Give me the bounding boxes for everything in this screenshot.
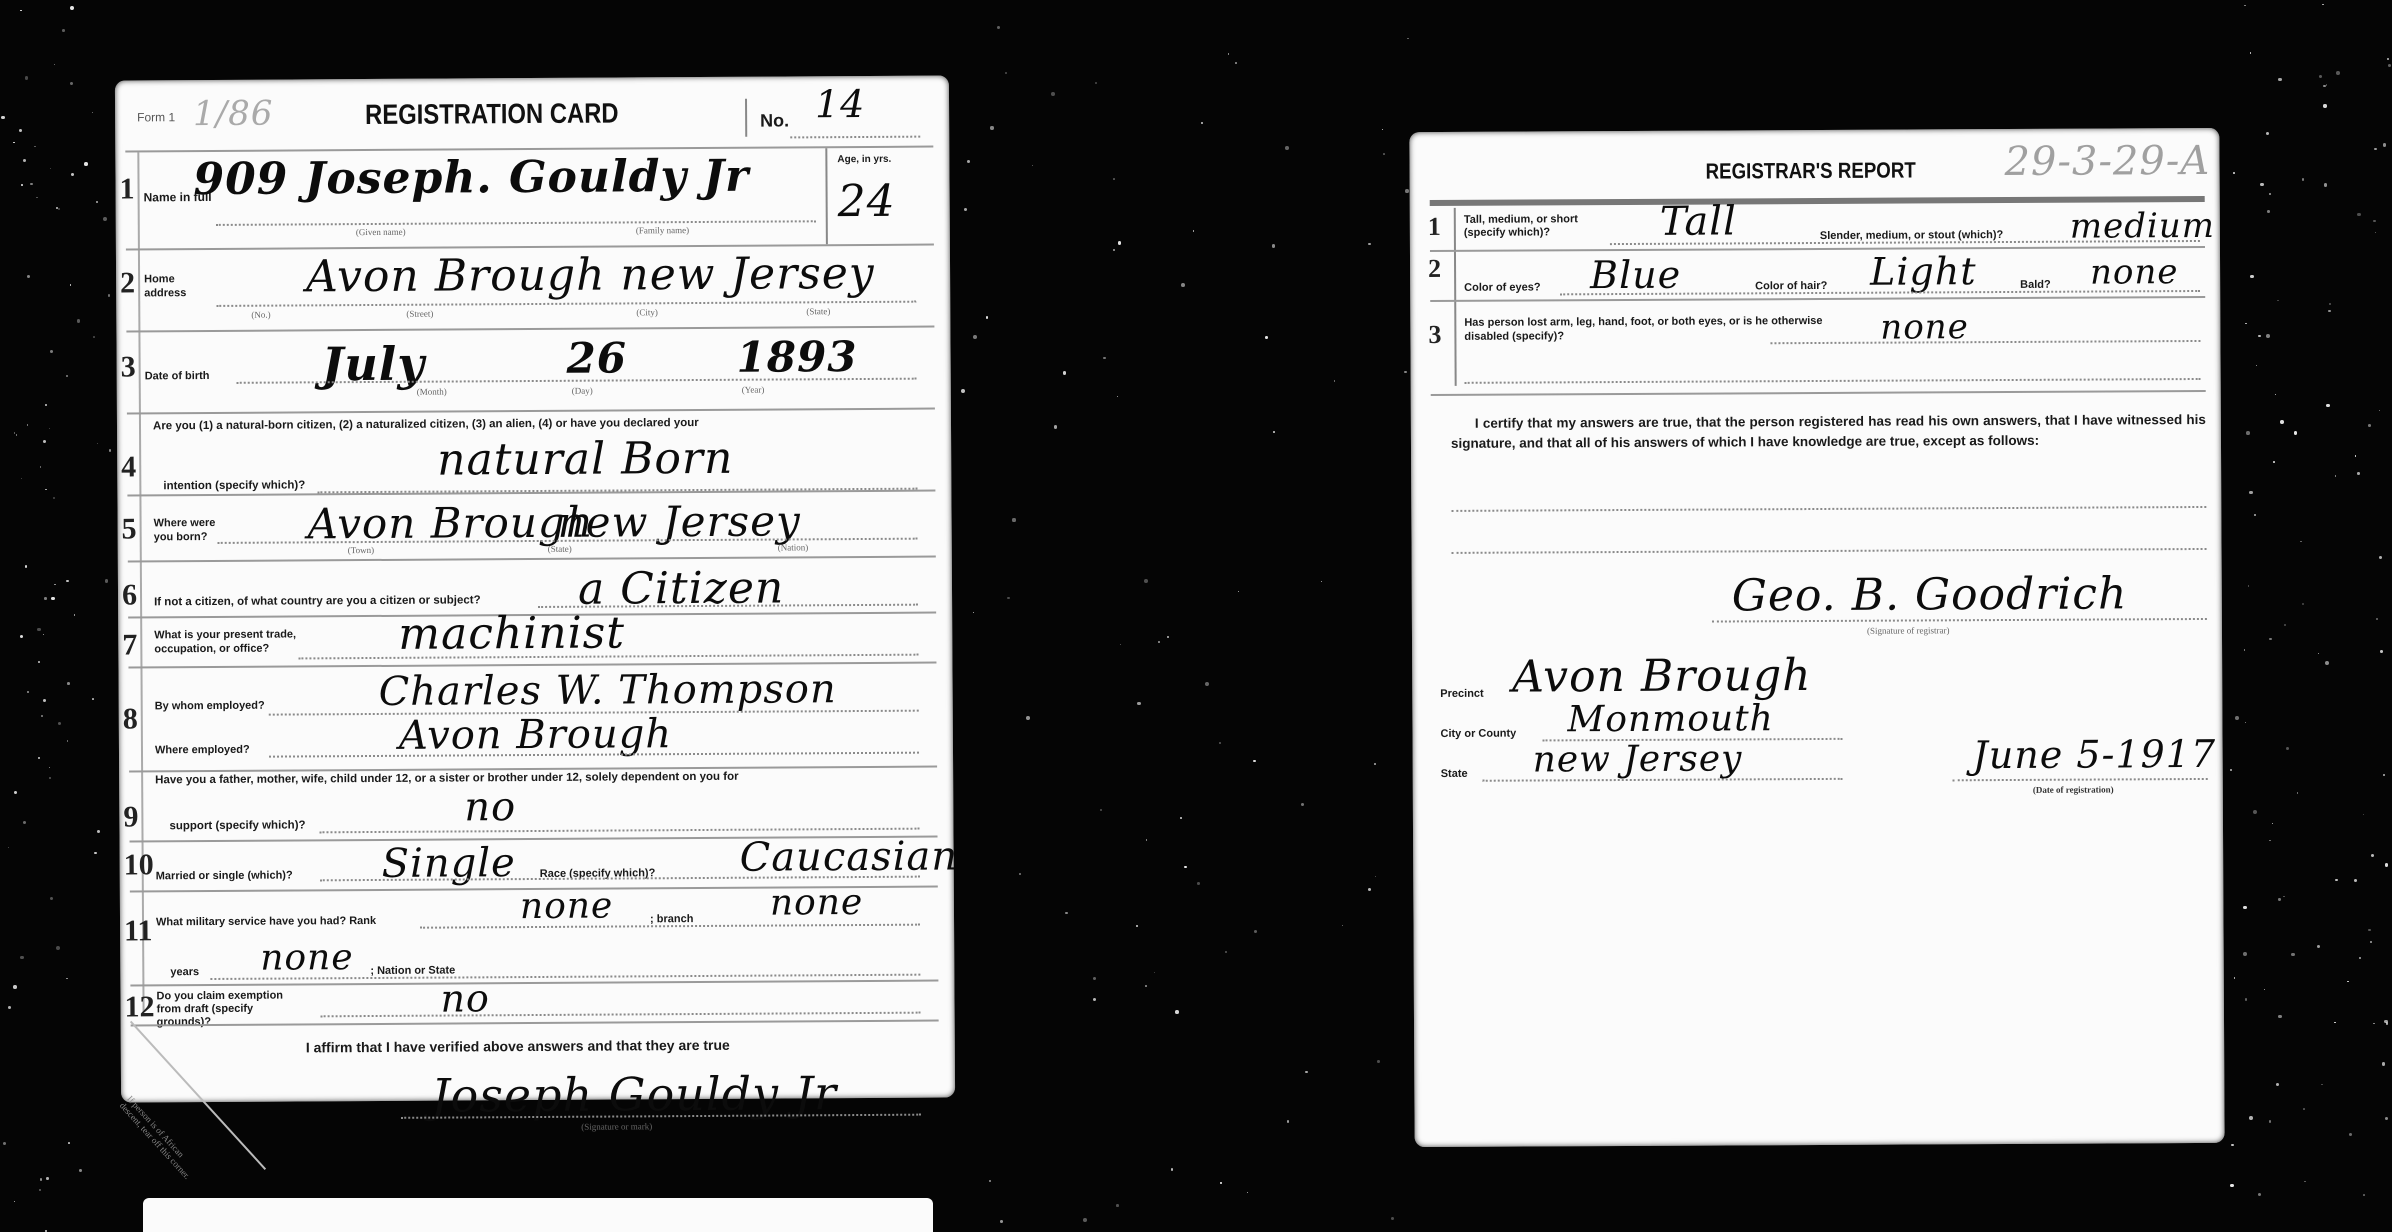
report-title: REGISTRAR'S REPORT [1705, 157, 1915, 184]
race-value: Caucasian [740, 833, 959, 880]
dob-label: Date of birth [145, 370, 210, 382]
eye-color-value: Blue [1590, 253, 1681, 297]
sub-label: (Month) [417, 387, 447, 397]
sub-label: (Family name) [636, 225, 689, 235]
dob-year: 1893 [736, 332, 857, 382]
marital-status-label: Married or single (which)? [156, 869, 293, 882]
sub-label: (Street) [406, 309, 433, 319]
next-card-edge [143, 1198, 933, 1232]
age-value: 24 [837, 176, 895, 227]
employer-label: By whom employed? [155, 700, 265, 713]
bald-label: Bald? [2020, 279, 2051, 291]
citizenship-country-label: If not a citizen, of what country are yo… [154, 594, 481, 608]
row-number: 2 [120, 266, 135, 300]
sub-label: (Nation) [778, 542, 809, 552]
row-number: 6 [122, 578, 137, 612]
employer-value: Charles W. Thompson [378, 666, 836, 715]
military-rank-value: none [520, 886, 614, 928]
military-years-label: years [170, 966, 199, 978]
military-branch-value: none [770, 882, 864, 924]
age-label: Age, in yrs. [837, 154, 891, 165]
address-label: Home address [144, 272, 204, 300]
row-number: 11 [124, 914, 153, 948]
citizenship-value: natural Born [437, 433, 733, 486]
hair-color-label: Color of hair? [1755, 280, 1827, 292]
sub-label: (City) [636, 307, 658, 317]
certification-text: I certify that my answers are true, that… [1451, 410, 2206, 454]
corner-note: If person is of African descent, tear of… [118, 1094, 207, 1189]
registrar-report-card: REGISTRAR'S REPORT 29-3-29-A 1 Tall, med… [1409, 128, 2224, 1147]
dob-day: 26 [566, 333, 627, 382]
birthplace-label: Where were you born? [154, 516, 224, 544]
row-number: 10 [124, 848, 154, 882]
row-number: 1 [119, 172, 134, 206]
state-value: new Jersey [1533, 738, 1743, 780]
occupation-label: What is your present trade, occupation, … [154, 627, 304, 656]
sub-label: (State) [548, 544, 572, 554]
registrar-signature-label: (Signature of registrar) [1867, 625, 1950, 635]
form-number-handwritten: 1/86 [193, 94, 274, 134]
report-code: 29-3-29-A [2004, 138, 2210, 185]
eye-color-label: Color of eyes? [1464, 281, 1540, 293]
employment-location-value: Avon Brough [399, 711, 672, 759]
citizenship-question: Are you (1) a natural-born citizen, (2) … [153, 417, 699, 432]
address-value: Avon Brough new Jersey [306, 248, 875, 302]
sub-label: (Year) [742, 385, 765, 395]
precinct-value: Avon Brough [1512, 650, 1812, 703]
registrar-signature: Geo. B. Goodrich [1732, 568, 2128, 621]
city-county-value: Monmouth [1567, 698, 1774, 740]
no-label: No. [760, 110, 789, 131]
card-number: 14 [815, 82, 866, 126]
dependents-question: Have you a father, mother, wife, child u… [155, 771, 739, 787]
height-label: Tall, medium, or short (specify which)? [1464, 213, 1604, 240]
sub-label: (No.) [251, 310, 270, 320]
citizenship-label: intention (specify which)? [163, 479, 305, 492]
employment-location-label: Where employed? [155, 744, 250, 757]
military-rank-label: What military service have you had? Rank [156, 915, 376, 928]
military-branch-label: ; branch [650, 913, 693, 925]
build-label: Slender, medium, or stout (which)? [1820, 229, 2003, 242]
corner-tear-line [130, 1021, 266, 1170]
state-label: State [1441, 768, 1468, 780]
row-number: 5 [122, 512, 137, 546]
sub-label: (Given name) [356, 227, 406, 237]
height-value: Tall [1660, 198, 1737, 244]
row-number: 9 [123, 800, 138, 834]
title-rule [1430, 196, 2205, 206]
military-years-value: none [260, 937, 354, 979]
registration-date-value: June 5-1917 [1973, 732, 2217, 777]
card-title: REGISTRATION CARD [365, 97, 619, 131]
sub-label: (Day) [572, 386, 593, 396]
row-number: 3 [1428, 320, 1441, 350]
sub-label: (Town) [348, 545, 374, 555]
registration-card: Form 1 1/86 REGISTRATION CARD No. 14 1 N… [115, 75, 955, 1102]
city-county-label: City or County [1440, 728, 1516, 740]
precinct-label: Precinct [1440, 688, 1483, 700]
affirmation-text: I affirm that I have verified above answ… [306, 1037, 730, 1056]
name-value: 909 Joseph. Gouldy Jr [193, 151, 749, 205]
row-number: 3 [121, 350, 136, 384]
signature-label: (Signature or mark) [581, 1121, 652, 1131]
hair-color-value: Light [1870, 249, 1977, 294]
occupation-value: machinist [398, 607, 625, 659]
military-nation-label: ; Nation or State [370, 964, 455, 977]
row-number: 8 [123, 702, 138, 736]
form-label: Form 1 [137, 110, 175, 124]
row-number: 7 [122, 628, 137, 662]
row-number: 2 [1428, 254, 1441, 284]
dependents-label: support (specify which)? [169, 819, 305, 832]
dependents-value: no [464, 784, 516, 830]
disability-label: Has person lost arm, leg, hand, foot, or… [1464, 314, 1844, 344]
registration-date-label: (Date of registration) [2033, 784, 2114, 794]
row-number: 12 [124, 990, 154, 1024]
bald-value: none [2090, 252, 2179, 292]
row-number: 1 [1428, 212, 1441, 242]
sub-label: (State) [806, 306, 830, 316]
row-number: 4 [121, 450, 136, 484]
